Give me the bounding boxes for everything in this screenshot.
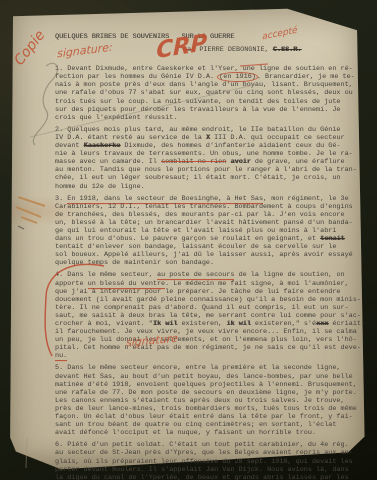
text-line: ge qui lui entourait la tête et l'avait … bbox=[55, 227, 363, 235]
text-run: un blessé du ventre bbox=[88, 280, 166, 288]
text-run: semblait ne rien bbox=[161, 158, 226, 166]
text-line: devant Kaaskerke Dixmude, des hommes d'i… bbox=[55, 142, 363, 150]
text-run: tère. Il ne comprenait pas d'abord. Quan… bbox=[55, 304, 349, 312]
text-line: dans un trou d'obus. Le pauvre garçon se… bbox=[55, 235, 363, 243]
text-run: au secteur de St-Jean près d'Ypres, que … bbox=[55, 449, 353, 457]
text-run: devant Het Sas, au bout d'un petit boyau… bbox=[55, 373, 353, 381]
text-run: Les canons ennemis s'étaient tus après d… bbox=[55, 397, 345, 405]
text-run: de grave, une éraflure bbox=[251, 158, 345, 166]
text-line: quelque temps de maintenir son bandage. bbox=[55, 259, 363, 267]
text-line: façon. Un éclat d'obus leur était entré … bbox=[55, 413, 363, 421]
text-run: IV D.A. étant resté au service de la bbox=[55, 134, 206, 142]
text-line: sant un trou béant de quatre ou cinq cen… bbox=[55, 421, 363, 429]
text-line: au menton. Tandis que nous le portions p… bbox=[55, 166, 363, 174]
text-line: chée, il eut un léger soubresaut; il éta… bbox=[55, 174, 363, 182]
text-line: Carabiniers, 12 D.I., tenait les tranché… bbox=[55, 203, 363, 211]
paragraph-4: 4. Dans le même secteur, au poste de sec… bbox=[55, 271, 363, 360]
text-run: . Le médecin me fait signe, à moi l'aumô… bbox=[165, 280, 349, 288]
text-line: homme du 12e de ligne. bbox=[55, 183, 363, 191]
text-run: existeren," s'é bbox=[251, 320, 316, 328]
text-line: saut, me saisit à deux bras la tête, me … bbox=[55, 312, 363, 320]
text-line: tentait d'enlever son bandage, laissant … bbox=[55, 243, 363, 251]
text-line: au secteur de St-Jean près d'Ypres, que … bbox=[55, 449, 363, 457]
text-run: au poste de secours bbox=[157, 271, 235, 279]
text-line: avait défoncé l'occiput et la nuque, y f… bbox=[55, 429, 363, 437]
text-run: trois tués sur le coup. La nuit suivante… bbox=[55, 98, 341, 106]
paragraph-5: 5. Dans le même secteur encore, entre la… bbox=[55, 364, 363, 437]
text-run: glais, où ils préparaient leur offensive… bbox=[55, 458, 353, 466]
text-line: apporte un blessé du ventre. Le médecin … bbox=[55, 280, 363, 288]
text-run: nie à leurs travaux de terrassements. Un… bbox=[55, 150, 353, 158]
text-run: chée, il eut un léger soubresaut; il éta… bbox=[55, 174, 341, 182]
text-run: 4. Dans le même secteur, bbox=[55, 271, 157, 279]
text-run: au menton. Tandis que nous le portions p… bbox=[55, 166, 357, 174]
text-line: sur des piquets pour dérober les travail… bbox=[55, 106, 363, 114]
text-run: ge qui lui entourait la tête et l'avait … bbox=[55, 227, 336, 235]
text-line: il farouchement. Je veux vivre, je veux … bbox=[55, 328, 363, 336]
text-line: porter devant Roulers. Il s'appelait Jan… bbox=[55, 466, 363, 474]
text-line: près de leur lance-mines, trois bombardi… bbox=[55, 405, 363, 413]
text-line: masse avec un camarde. Il semblait ne ri… bbox=[55, 158, 363, 166]
text-line: doucement (il avait gardé pleine connais… bbox=[55, 296, 363, 304]
text-run: nu. bbox=[55, 352, 67, 360]
text-run: de tranchées, des blessés, des mourants … bbox=[55, 211, 345, 219]
text-run: porter devant Roulers. Il s'appelait Jan… bbox=[55, 466, 349, 474]
text-run: tenait bbox=[320, 235, 344, 243]
text-line: de tranchées, des blessés, des mourants … bbox=[55, 211, 363, 219]
text-run: la digue du canal de l'Yperlée, de beaux… bbox=[55, 474, 349, 480]
paragraph-1: 1. Devant Dixmude, entre Caeskerke et l'… bbox=[55, 65, 363, 122]
text-line: fection par les hommes du Génie IV D.A. … bbox=[55, 73, 363, 81]
text-line: la digue du canal de l'Yperlée, de beaux… bbox=[55, 474, 363, 480]
text-run: crocher à moi, vivant. " bbox=[55, 320, 153, 328]
text-run: C.SS.R. bbox=[273, 46, 302, 54]
text-run: il farouchement. Je veux vivre, je veux … bbox=[55, 328, 357, 336]
text-line: nie à leurs travaux de terrassements. Un… bbox=[55, 150, 363, 158]
text-run: 2. Quelques mois plus tard, au même endr… bbox=[55, 126, 341, 134]
text-run: une rafale de 77. De mon poste de secour… bbox=[55, 389, 357, 397]
text-run: ik wil bbox=[226, 320, 250, 328]
text-run: un peu, je lui donnai les sacrements, et… bbox=[55, 336, 357, 344]
text-line: 2. Quelques mois plus tard, au même endr… bbox=[55, 126, 363, 134]
text-line: un peu, je lui donnai les sacrements, et… bbox=[55, 336, 363, 344]
text-run: matinée d'été 1918, envoient quelques pr… bbox=[55, 381, 357, 389]
text-run: sant un trou béant de quatre ou cinq cen… bbox=[55, 421, 336, 429]
text-run: Carabiniers, 12 D.I., tenait les tranché… bbox=[55, 203, 353, 211]
text-run: Kaaskerke bbox=[84, 142, 121, 150]
text-run: , mon régiment, le 3e bbox=[263, 195, 349, 203]
text-run: dans un trou d'obus. Le pauvre garçon se… bbox=[55, 235, 320, 243]
text-line: un, blessé à la tête; un brancardier l'a… bbox=[55, 219, 363, 227]
text-run: une rafale d'obus 77 s'abat sur eux, qua… bbox=[55, 89, 353, 97]
paragraph-3: 3. En 1918, dans le secteur de Boesinghe… bbox=[55, 195, 363, 268]
text-run: un, blessé à la tête; un brancardier l'a… bbox=[55, 219, 353, 227]
text-run: 1. Devant Dixmude, entre Caeskerke et l'… bbox=[55, 65, 353, 73]
text-line: 4. Dans le même secteur, au poste de sec… bbox=[55, 271, 363, 279]
text-run: avoir bbox=[230, 158, 250, 166]
text-line: Les canons ennemis s'étaient tus après d… bbox=[55, 397, 363, 405]
text-line: tère. Il ne comprenait pas d'abord. Quan… bbox=[55, 304, 363, 312]
text-line: matinée d'été 1918, envoient quelques pr… bbox=[55, 381, 363, 389]
text-run: écriait- bbox=[328, 320, 365, 328]
text-run: crois que l'expédient réussit. bbox=[55, 114, 177, 122]
text-run: PIERRE DEBONGNIE, bbox=[195, 46, 273, 54]
paragraph-2: 2. Quelques mois plus tard, au même endr… bbox=[55, 126, 363, 191]
text-run: apporte bbox=[55, 280, 88, 288]
text-line: devant Het Sas, au bout d'un petit boyau… bbox=[55, 373, 363, 381]
text-run: de la ligne de soutien, on bbox=[234, 271, 344, 279]
text-run: existeren, bbox=[177, 320, 226, 328]
text-line: trois tués sur le coup. La nuit suivante… bbox=[55, 98, 363, 106]
text-run: par bbox=[183, 46, 195, 54]
paragraph-6: 6. Piété d'un petit soldat. C'était un t… bbox=[55, 441, 363, 480]
text-line: IV D.A. étant resté au service de la X I… bbox=[55, 134, 363, 142]
text-line: nu. bbox=[55, 352, 363, 360]
text-run: 6. Piété d'un petit soldat. C'était un t… bbox=[55, 441, 349, 449]
text-line: crocher à moi, vivant. "Ik wil existeren… bbox=[55, 320, 363, 328]
text-run: quelque temps de maintenir son bandage. bbox=[55, 259, 214, 267]
byline: par PIERRE DEBONGNIE, C.SS.R. bbox=[55, 46, 363, 54]
text-run: Dixmude, des hommes d'infanterie aidaien… bbox=[120, 142, 340, 150]
text-line: 5. Dans le même secteur encore, entre la… bbox=[55, 364, 363, 372]
text-run: III D.A. qui occupait ce secteur bbox=[210, 134, 345, 142]
text-run: nais à mon poste près d'eux dans l'angle… bbox=[55, 81, 353, 89]
text-run: homme du 12e de ligne. bbox=[55, 183, 145, 191]
text-line: une rafale d'obus 77 s'abat sur eux, qua… bbox=[55, 89, 363, 97]
text-run: 3. bbox=[55, 195, 67, 203]
paragraphs-container: 1. Devant Dixmude, entre Caeskerke et l'… bbox=[55, 65, 363, 480]
text-run: saut, me saisit à deux bras la tête, me … bbox=[55, 312, 361, 320]
text-line: une rafale de 77. De mon poste de secour… bbox=[55, 389, 363, 397]
text-run: près de leur lance-mines, trois bombardi… bbox=[55, 405, 357, 413]
text-line: nais à mon poste près d'eux dans l'angle… bbox=[55, 81, 363, 89]
text-line: que j'ai à intervenir pour le préparer. … bbox=[55, 288, 363, 296]
text-line: sol boueux. Appelé ailleurs, j'ai dû le … bbox=[55, 251, 363, 259]
typewritten-text: QUELQUES BRIBES DE SOUVENIRS SUR LA GUER… bbox=[55, 33, 363, 480]
text-run: masse avec un camarde. Il bbox=[55, 158, 161, 166]
text-line: glais, où ils préparaient leur offensive… bbox=[55, 458, 363, 466]
text-run: . Brancardier, je me te- bbox=[257, 73, 355, 81]
text-run: pital. Cet homme n'était pas de mon régi… bbox=[55, 344, 361, 352]
text-run: Ik wil bbox=[153, 320, 177, 328]
text-run: En 1918, dans le secteur de Boesinghe, à… bbox=[67, 195, 263, 203]
text-run: devant bbox=[55, 142, 84, 150]
text-run: xxx bbox=[316, 320, 328, 328]
text-run: façon. Un éclat d'obus leur était entré … bbox=[55, 413, 353, 421]
text-run: sur des piquets pour dérober les travail… bbox=[55, 106, 341, 114]
text-run: 5. Dans le même secteur encore, entre la… bbox=[55, 364, 341, 372]
text-line: pital. Cet homme n'était pas de mon régi… bbox=[55, 344, 363, 352]
text-run: que j'ai à intervenir pour le préparer. … bbox=[55, 288, 341, 296]
text-run: doucement (il avait gardé pleine connais… bbox=[55, 296, 361, 304]
text-line: crois que l'expédient réussit. bbox=[55, 114, 363, 122]
text-run: fection par les hommes du Génie IV D.A. bbox=[55, 73, 218, 81]
text-run: avait défoncé l'occiput et la nuque, y f… bbox=[55, 429, 316, 437]
photographed-document: QUELQUES BRIBES DE SOUVENIRS SUR LA GUER… bbox=[0, 0, 377, 480]
text-run: tentait d'enlever son bandage, laissant … bbox=[55, 243, 336, 251]
text-line: 3. En 1918, dans le secteur de Boesinghe… bbox=[55, 195, 363, 203]
document-title: QUELQUES BRIBES DE SOUVENIRS SUR LA GUER… bbox=[55, 33, 363, 41]
text-run: sol boueux. Appelé ailleurs, j'ai dû le … bbox=[55, 251, 353, 259]
text-line: 6. Piété d'un petit soldat. C'était un t… bbox=[55, 441, 363, 449]
